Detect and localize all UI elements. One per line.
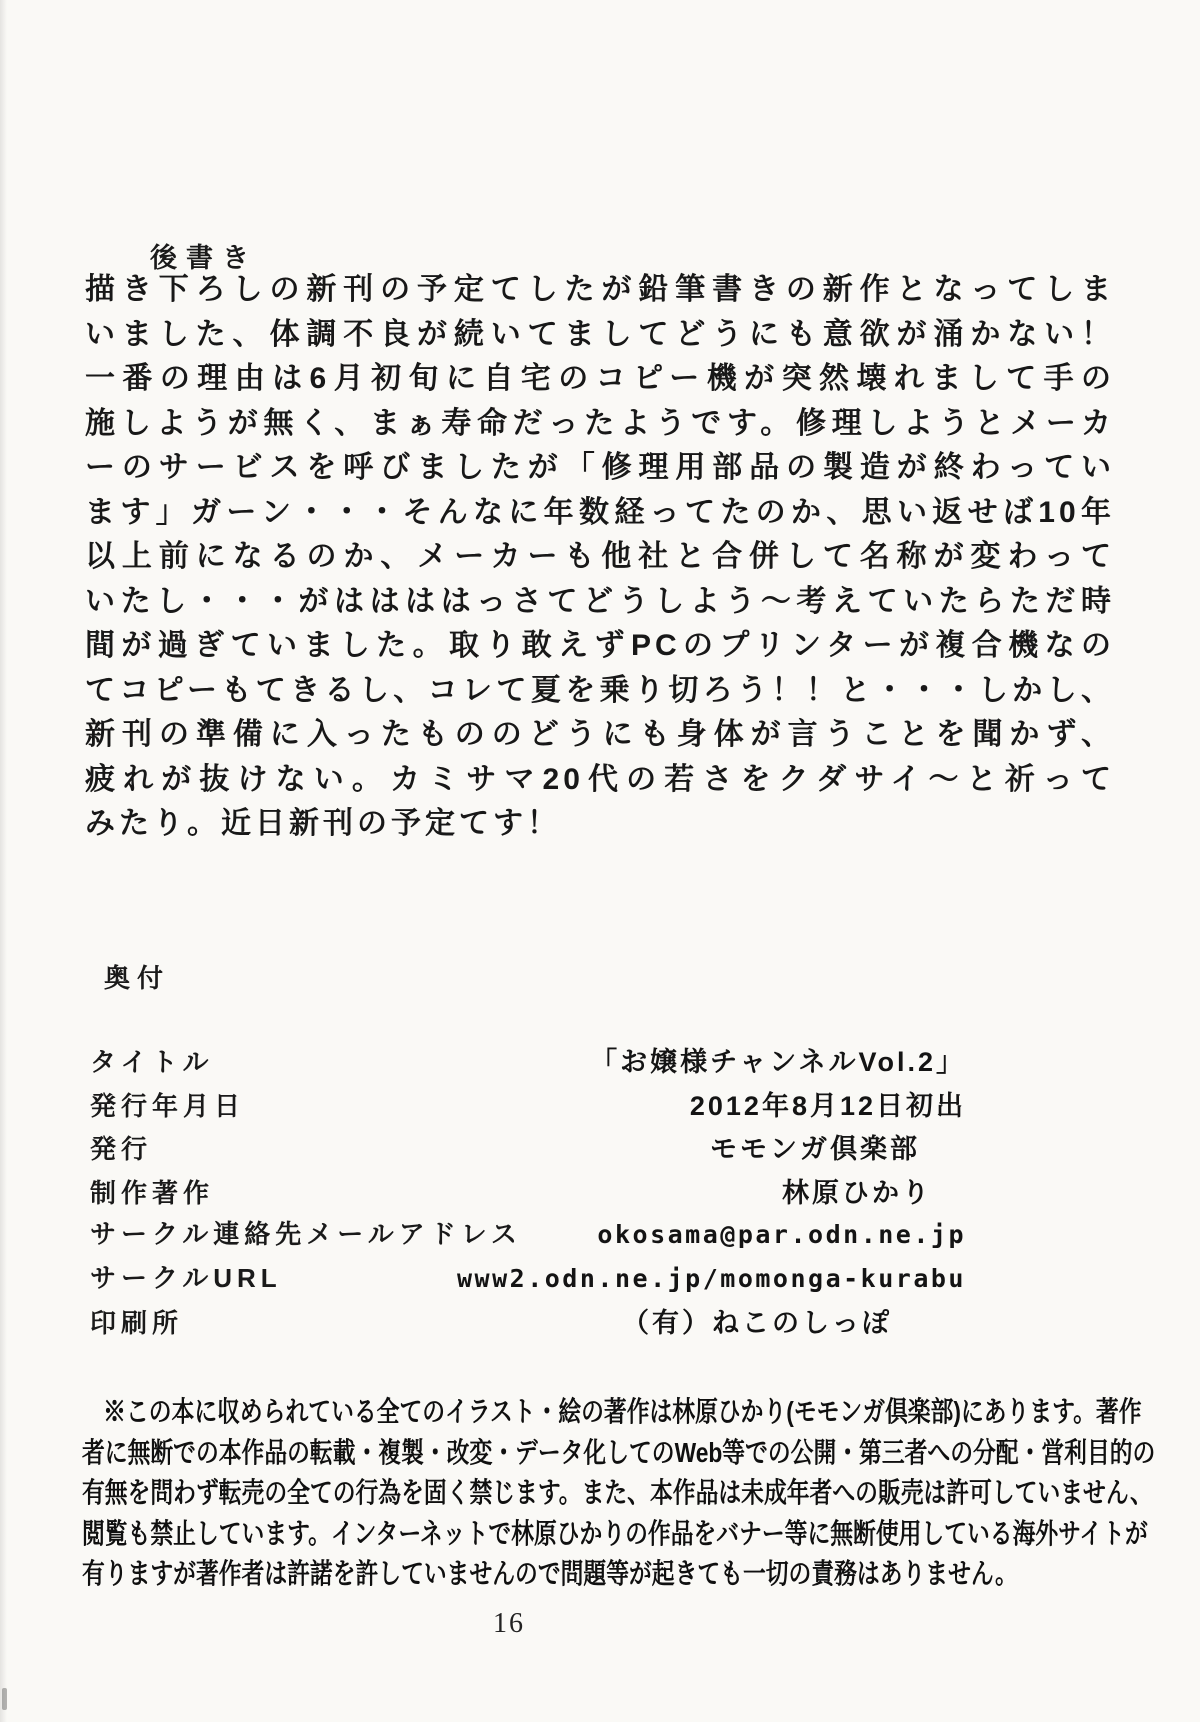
colophon-value: 「お嬢様チャンネルVol.2」 <box>590 1040 966 1079</box>
afterword-line: 新刊の準備に入ったもののどうにも身体が言うことを聞かず、 <box>85 713 1115 758</box>
colophon-label: 発行 <box>90 1129 152 1166</box>
disclaimer-line: 者に無断での本作品の転載・複製・改変・データ化してのWeb等での公開・第三者への… <box>82 1433 1117 1474</box>
colophon-row-publisher: 発行 モモンガ倶楽部 <box>90 1127 966 1171</box>
afterword-body: 描き下ろしの新刊の予定てしたが鉛筆書きの新作となってしま いました、体調不良が続… <box>85 268 1115 847</box>
colophon-label: サークルURL <box>90 1258 282 1295</box>
afterword-line: ます」ガーン・・・そんなに年数経ってたのか、思い返せば10年 <box>85 491 1115 536</box>
afterword-line: いました、体調不良が続いてましてどうにも意欲が涌かない！ <box>85 313 1115 358</box>
disclaimer-line: 有りますが著作者は許諾を許していませんので問題等が起きても一切の責務はありません… <box>82 1554 1117 1595</box>
colophon-heading: 奥付 <box>104 958 170 995</box>
disclaimer-line: ※この本に収められている全てのイラスト・絵の著作は林原ひかり(モモンガ倶楽部)に… <box>82 1392 1117 1433</box>
afterword-line: 一番の理由は6月初旬に自宅のコピー機が突然壊れまして手の <box>85 357 1115 402</box>
afterword-line: 施しようが無く、まぁ寿命だったようです。修理しようとメーカ <box>85 402 1115 447</box>
page-number: 16 <box>493 1608 525 1640</box>
colophon-label: 印刷所 <box>90 1303 183 1340</box>
afterword-line: みたり。近日新刊の予定てす！ <box>85 802 1115 847</box>
colophon-value-url: www2.odn.ne.jp/momonga-kurabu <box>457 1264 966 1293</box>
colophon-row-email: サークル連絡先メールアドレス okosama@par.odn.ne.jp <box>90 1214 966 1258</box>
afterword-line: いたし・・・がははははっさてどうしよう～考えていたらただ時 <box>85 580 1115 625</box>
colophon-value: （有）ねこのしっぽ <box>622 1301 966 1340</box>
colophon-value-email: okosama@par.odn.ne.jp <box>597 1220 966 1249</box>
colophon-row-url: サークルURL www2.odn.ne.jp/momonga-kurabu <box>90 1258 966 1302</box>
afterword-line: 以上前になるのか、メーカーも他社と合併して名称が変わって <box>85 535 1115 580</box>
colophon-label: サークル連絡先メールアドレス <box>90 1214 522 1251</box>
colophon-label: 発行年月日 <box>90 1086 245 1123</box>
colophon-value: 林原ひかり <box>782 1171 966 1210</box>
afterword-line: ーのサービスを呼びましたが「修理用部品の製造が終わってい <box>85 446 1115 491</box>
scan-edge-shadow <box>0 0 7 1722</box>
scanned-page: 後書き 描き下ろしの新刊の予定てしたが鉛筆書きの新作となってしま いました、体調… <box>0 0 1200 1722</box>
colophon-value: モモンガ倶楽部 <box>710 1127 966 1166</box>
copyright-disclaimer: ※この本に収められている全てのイラスト・絵の著作は林原ひかり(モモンガ倶楽部)に… <box>82 1392 1117 1595</box>
disclaimer-line: 閲覧も禁止しています。インターネットで林原ひかりの作品をバナー等に無断使用してい… <box>82 1514 1117 1555</box>
scan-artifact <box>2 1688 7 1710</box>
afterword-line: 間が過ぎていました。取り敢えずPCのプリンターが複合機なの <box>85 624 1115 669</box>
colophon-label: タイトル <box>90 1042 213 1079</box>
colophon-row-publish-date: 発行年月日 2012年8月12日初出 <box>90 1084 966 1128</box>
afterword-line: 疲れが抜けない。カミサマ20代の若さをクダサイ～と祈って <box>85 758 1115 803</box>
afterword-line: 描き下ろしの新刊の予定てしたが鉛筆書きの新作となってしま <box>85 268 1115 313</box>
colophon-row-title: タイトル 「お嬢様チャンネルVol.2」 <box>90 1040 966 1084</box>
colophon-label: 制作著作 <box>90 1173 214 1210</box>
afterword-line: てコピーもてきるし、コレて夏を乗り切ろう！！と・・・しかし、 <box>85 669 1115 714</box>
colophon-value: 2012年8月12日初出 <box>690 1084 966 1123</box>
disclaimer-line: 有無を問わず転売の全ての行為を固く禁じます。また、本作品は未成年者への販売は許可… <box>82 1473 1117 1514</box>
colophon-row-printer: 印刷所 （有）ねこのしっぽ <box>90 1301 966 1345</box>
colophon-row-author: 制作著作 林原ひかり <box>90 1171 966 1215</box>
colophon-rows: タイトル 「お嬢様チャンネルVol.2」 発行年月日 2012年8月12日初出 … <box>90 1040 966 1345</box>
